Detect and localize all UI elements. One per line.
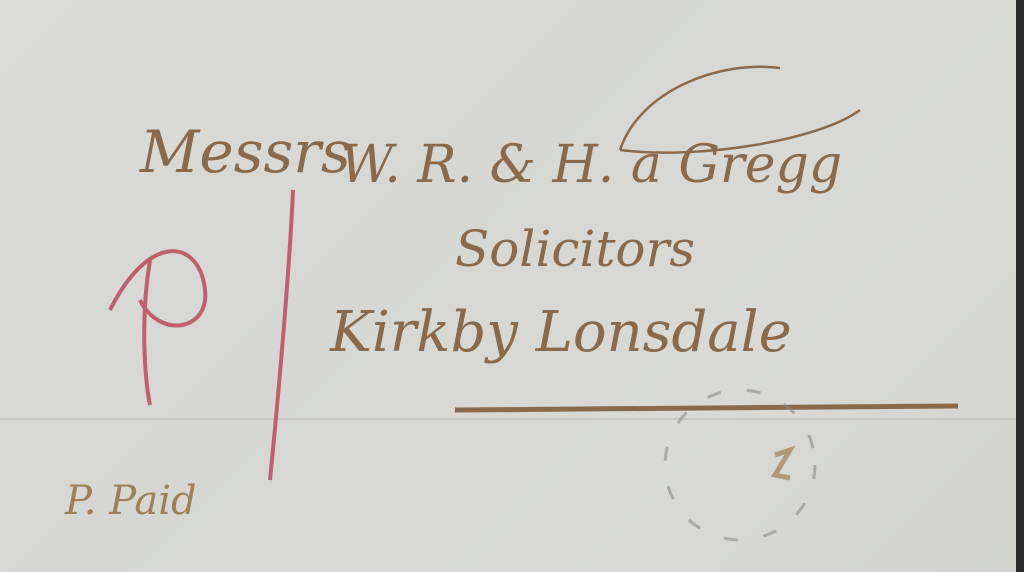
addressee-title: Solicitors bbox=[455, 220, 695, 278]
salutation: Messrs bbox=[140, 118, 351, 186]
paid-note: P. Paid bbox=[65, 478, 197, 524]
addressee-name: W. R. & H. a Gregg bbox=[340, 135, 842, 195]
letter-cover: Messrs W. R. & H. a Gregg Solicitors Kir… bbox=[0, 0, 1016, 572]
addressee-town: Kirkby Lonsdale bbox=[330, 300, 792, 365]
